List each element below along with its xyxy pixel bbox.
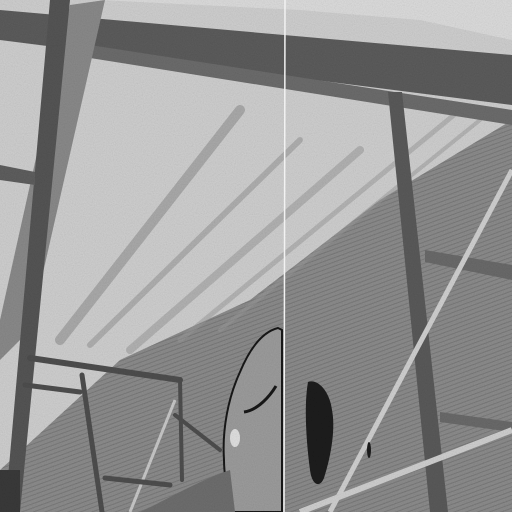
shadow-strip	[0, 470, 20, 512]
vertical-seam	[284, 0, 285, 512]
photo-illustration	[0, 0, 512, 512]
dark-spot	[367, 442, 371, 458]
photo-scene	[0, 0, 512, 512]
creature-eye	[230, 429, 240, 447]
